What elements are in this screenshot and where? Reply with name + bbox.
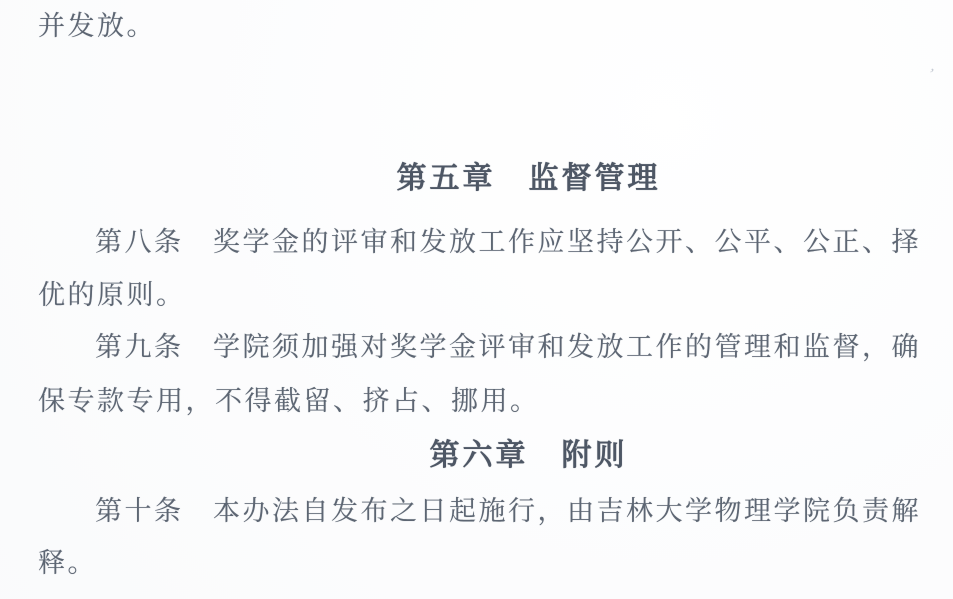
article-10-line-1: 第十条 本办法自发布之日起施行，由吉林大学物理学院负责解 <box>95 495 921 529</box>
article-9-line-2: 保专款专用，不得截留、挤占、挪用。 <box>38 385 540 419</box>
chapter-heading-6: 第六章 附则 <box>0 437 953 475</box>
article-10-line-2: 释。 <box>38 547 97 581</box>
scan-artifact-mark: ’ <box>925 66 936 85</box>
article-8-line-2: 优的原则。 <box>38 279 186 313</box>
article-9-line-1: 第九条 学院须加强对奖学金评审和发放工作的管理和监督，确 <box>95 331 921 365</box>
chapter-heading-5: 第五章 监督管理 <box>0 160 953 198</box>
document-page: 并发放。 第五章 监督管理 第八条 奖学金的评审和发放工作应坚持公开、公平、公正… <box>0 0 953 599</box>
paragraph-line-continuation: 并发放。 <box>38 10 156 44</box>
article-8-line-1: 第八条 奖学金的评审和发放工作应坚持公开、公平、公正、择 <box>95 226 921 260</box>
